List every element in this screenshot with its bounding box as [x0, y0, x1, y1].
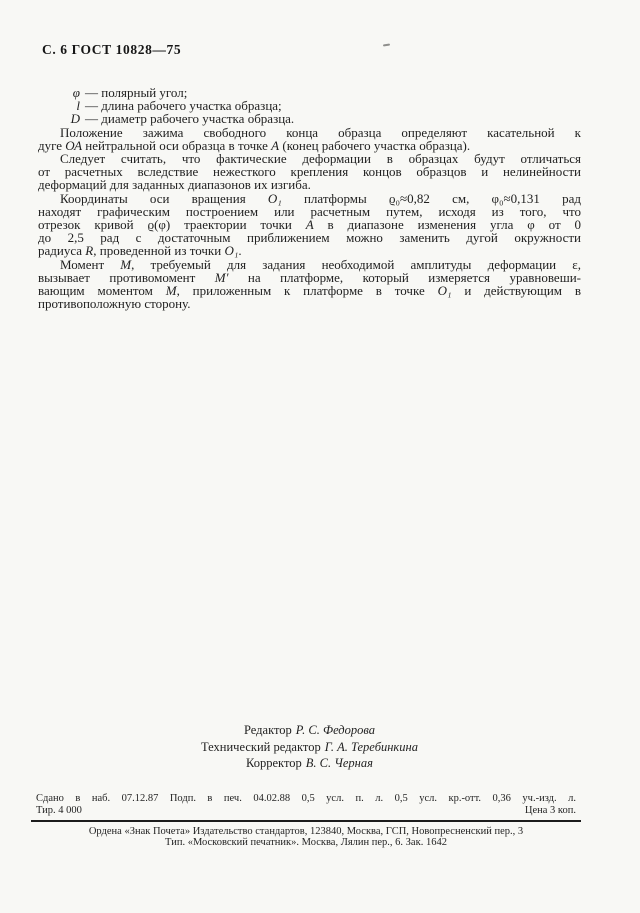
credit-person-name: В. С. Черная	[306, 756, 373, 770]
symbol-definitions: φ— полярный угол; l— длина рабочего учас…	[38, 86, 581, 126]
paragraphs: Положение зажима свободного конца образц…	[38, 126, 581, 311]
credit-label: Редактор	[244, 723, 292, 737]
page-header: С. 6 ГОСТ 10828—75	[42, 42, 181, 58]
imprint-tirage-price-line: Тир. 4 000 Цена 3 коп.	[36, 805, 576, 817]
text-segment: противоположную сторону.	[38, 296, 191, 311]
definition-symbol: φ	[38, 86, 80, 99]
text-segment: и действующим в	[452, 283, 582, 298]
imprint-typeset-line: Сдано в наб. 07.12.87 Подп. в печ. 04.02…	[36, 793, 576, 805]
document-page: С. 6 ГОСТ 10828—75 φ— полярный угол; l— …	[0, 0, 640, 913]
price-value: Цена 3 коп.	[525, 805, 576, 817]
printer-line: Тип. «Московский печатник». Москва, Ляли…	[36, 837, 576, 849]
credit-person-name: Г. А. Теребинкина	[325, 740, 418, 754]
scan-speck-artifact	[383, 44, 390, 47]
credit-person-name: Р. С. Федорова	[296, 723, 375, 737]
tirage-value: Тир. 4 000	[36, 805, 82, 817]
paragraph-line: противоположную сторону.	[38, 297, 581, 310]
horizontal-rule	[31, 820, 581, 822]
credit-row: КорректорВ. С. Черная	[38, 755, 581, 772]
text-segment: , приложенным к платформе в точке	[177, 283, 438, 298]
body-text-block: φ— полярный угол; l— длина рабочего учас…	[38, 86, 581, 310]
imprint-block: Сдано в наб. 07.12.87 Подп. в печ. 04.02…	[36, 793, 576, 849]
credit-row: Технический редакторГ. А. Теребинкина	[38, 739, 581, 756]
math-variable: О₁	[438, 283, 452, 298]
credits-block: РедакторР. С. Федорова Технический редак…	[38, 722, 581, 772]
credit-label: Технический редактор	[201, 740, 321, 754]
publisher-line: Ордена «Знак Почета» Издательство станда…	[36, 826, 576, 838]
credit-label: Корректор	[246, 756, 302, 770]
credit-row: РедакторР. С. Федорова	[38, 722, 581, 739]
